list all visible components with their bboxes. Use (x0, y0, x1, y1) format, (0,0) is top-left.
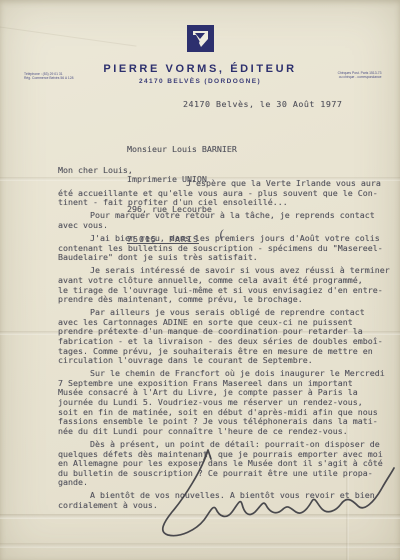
paragraph: J'ai bien reçu, dans les premiers jours … (58, 234, 396, 263)
paragraph: Sur le chemin de Francfort où je dois in… (58, 369, 396, 436)
commerce-registry-line: Rég. Commerce Belvès 56 A 128 (24, 76, 73, 80)
dateline: 24170 Belvès, le 30 Août 1977 (183, 99, 342, 109)
closing-paragraph: A bientôt de vos nouvelles. A bientôt vo… (58, 491, 396, 510)
correspondence-line: ou chèque - correspondance (338, 75, 382, 79)
scanned-letter-page: PIERRE VORMS, ÉDITEUR 24170 BELVÈS (DORD… (0, 0, 400, 560)
paragraph: Je serais intéressé de savoir si vous av… (58, 266, 396, 304)
stray-pen-mark: ( (218, 228, 224, 243)
letter-body: Mon cher Louis, J'espère que la Verte Ir… (58, 166, 396, 511)
fold-crease (0, 514, 400, 519)
fold-crease (0, 543, 400, 548)
paragraph: Pour marquer votre retour à la tâche, je… (58, 211, 396, 230)
letterhead-right-details: Chèques Post. Paris 1513-73 ou chèque - … (338, 71, 382, 79)
paragraph: Dès à présent, un point de détail: pourr… (58, 440, 396, 488)
paragraph: Par ailleurs je vous serais obligé de re… (58, 308, 396, 366)
letterhead-left-details: Téléphone : (53) 29 01 31 Rég. Commerce … (24, 72, 73, 80)
salutation: Mon cher Louis, (58, 166, 396, 176)
paragraph: J'espère que la Verte Irlande vous aura … (58, 179, 396, 208)
recipient-name: Monsieur Louis BARNIER (127, 144, 237, 154)
publisher-logo-icon (187, 25, 214, 56)
